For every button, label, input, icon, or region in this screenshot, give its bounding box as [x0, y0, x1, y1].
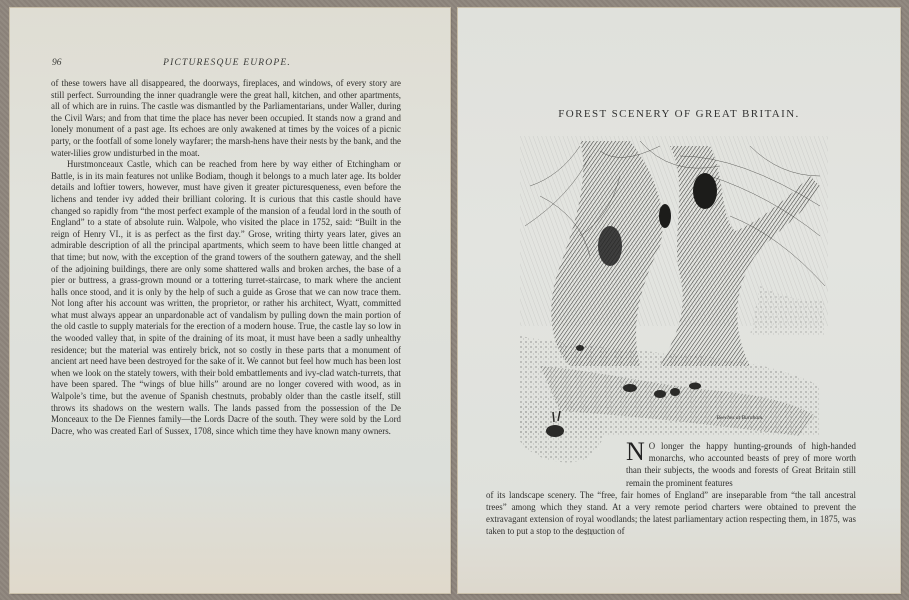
illustration-caption: Beeches at Burnham. — [680, 415, 800, 421]
chapter-title: FOREST SCENERY OF GREAT BRITAIN. — [458, 108, 900, 120]
signature-mark: 13-E — [584, 532, 594, 537]
paragraph: Hurstmonceaux Castle, which can be reach… — [51, 159, 401, 437]
running-head: 96 PICTURESQUE EUROPE. — [52, 58, 402, 72]
inset-text: O longer the happy hunting-grounds of hi… — [626, 441, 856, 488]
left-page: 96 PICTURESQUE EUROPE. of these towers h… — [10, 8, 450, 593]
running-title: PICTURESQUE EUROPE. — [52, 58, 402, 68]
inset-paragraph-start: N O longer the happy hunting-grounds of … — [626, 440, 856, 489]
paragraph: of these towers have all disappeared, th… — [51, 78, 401, 159]
paragraph-continuation: of its landscape scenery. The “free, fai… — [486, 489, 856, 538]
drop-cap: N — [626, 441, 645, 463]
left-page-body: of these towers have all disappeared, th… — [51, 78, 401, 437]
right-page-body: N O longer the happy hunting-grounds of … — [486, 440, 856, 538]
right-page: FOREST SCENERY OF GREAT BRITAIN. — [458, 8, 900, 593]
